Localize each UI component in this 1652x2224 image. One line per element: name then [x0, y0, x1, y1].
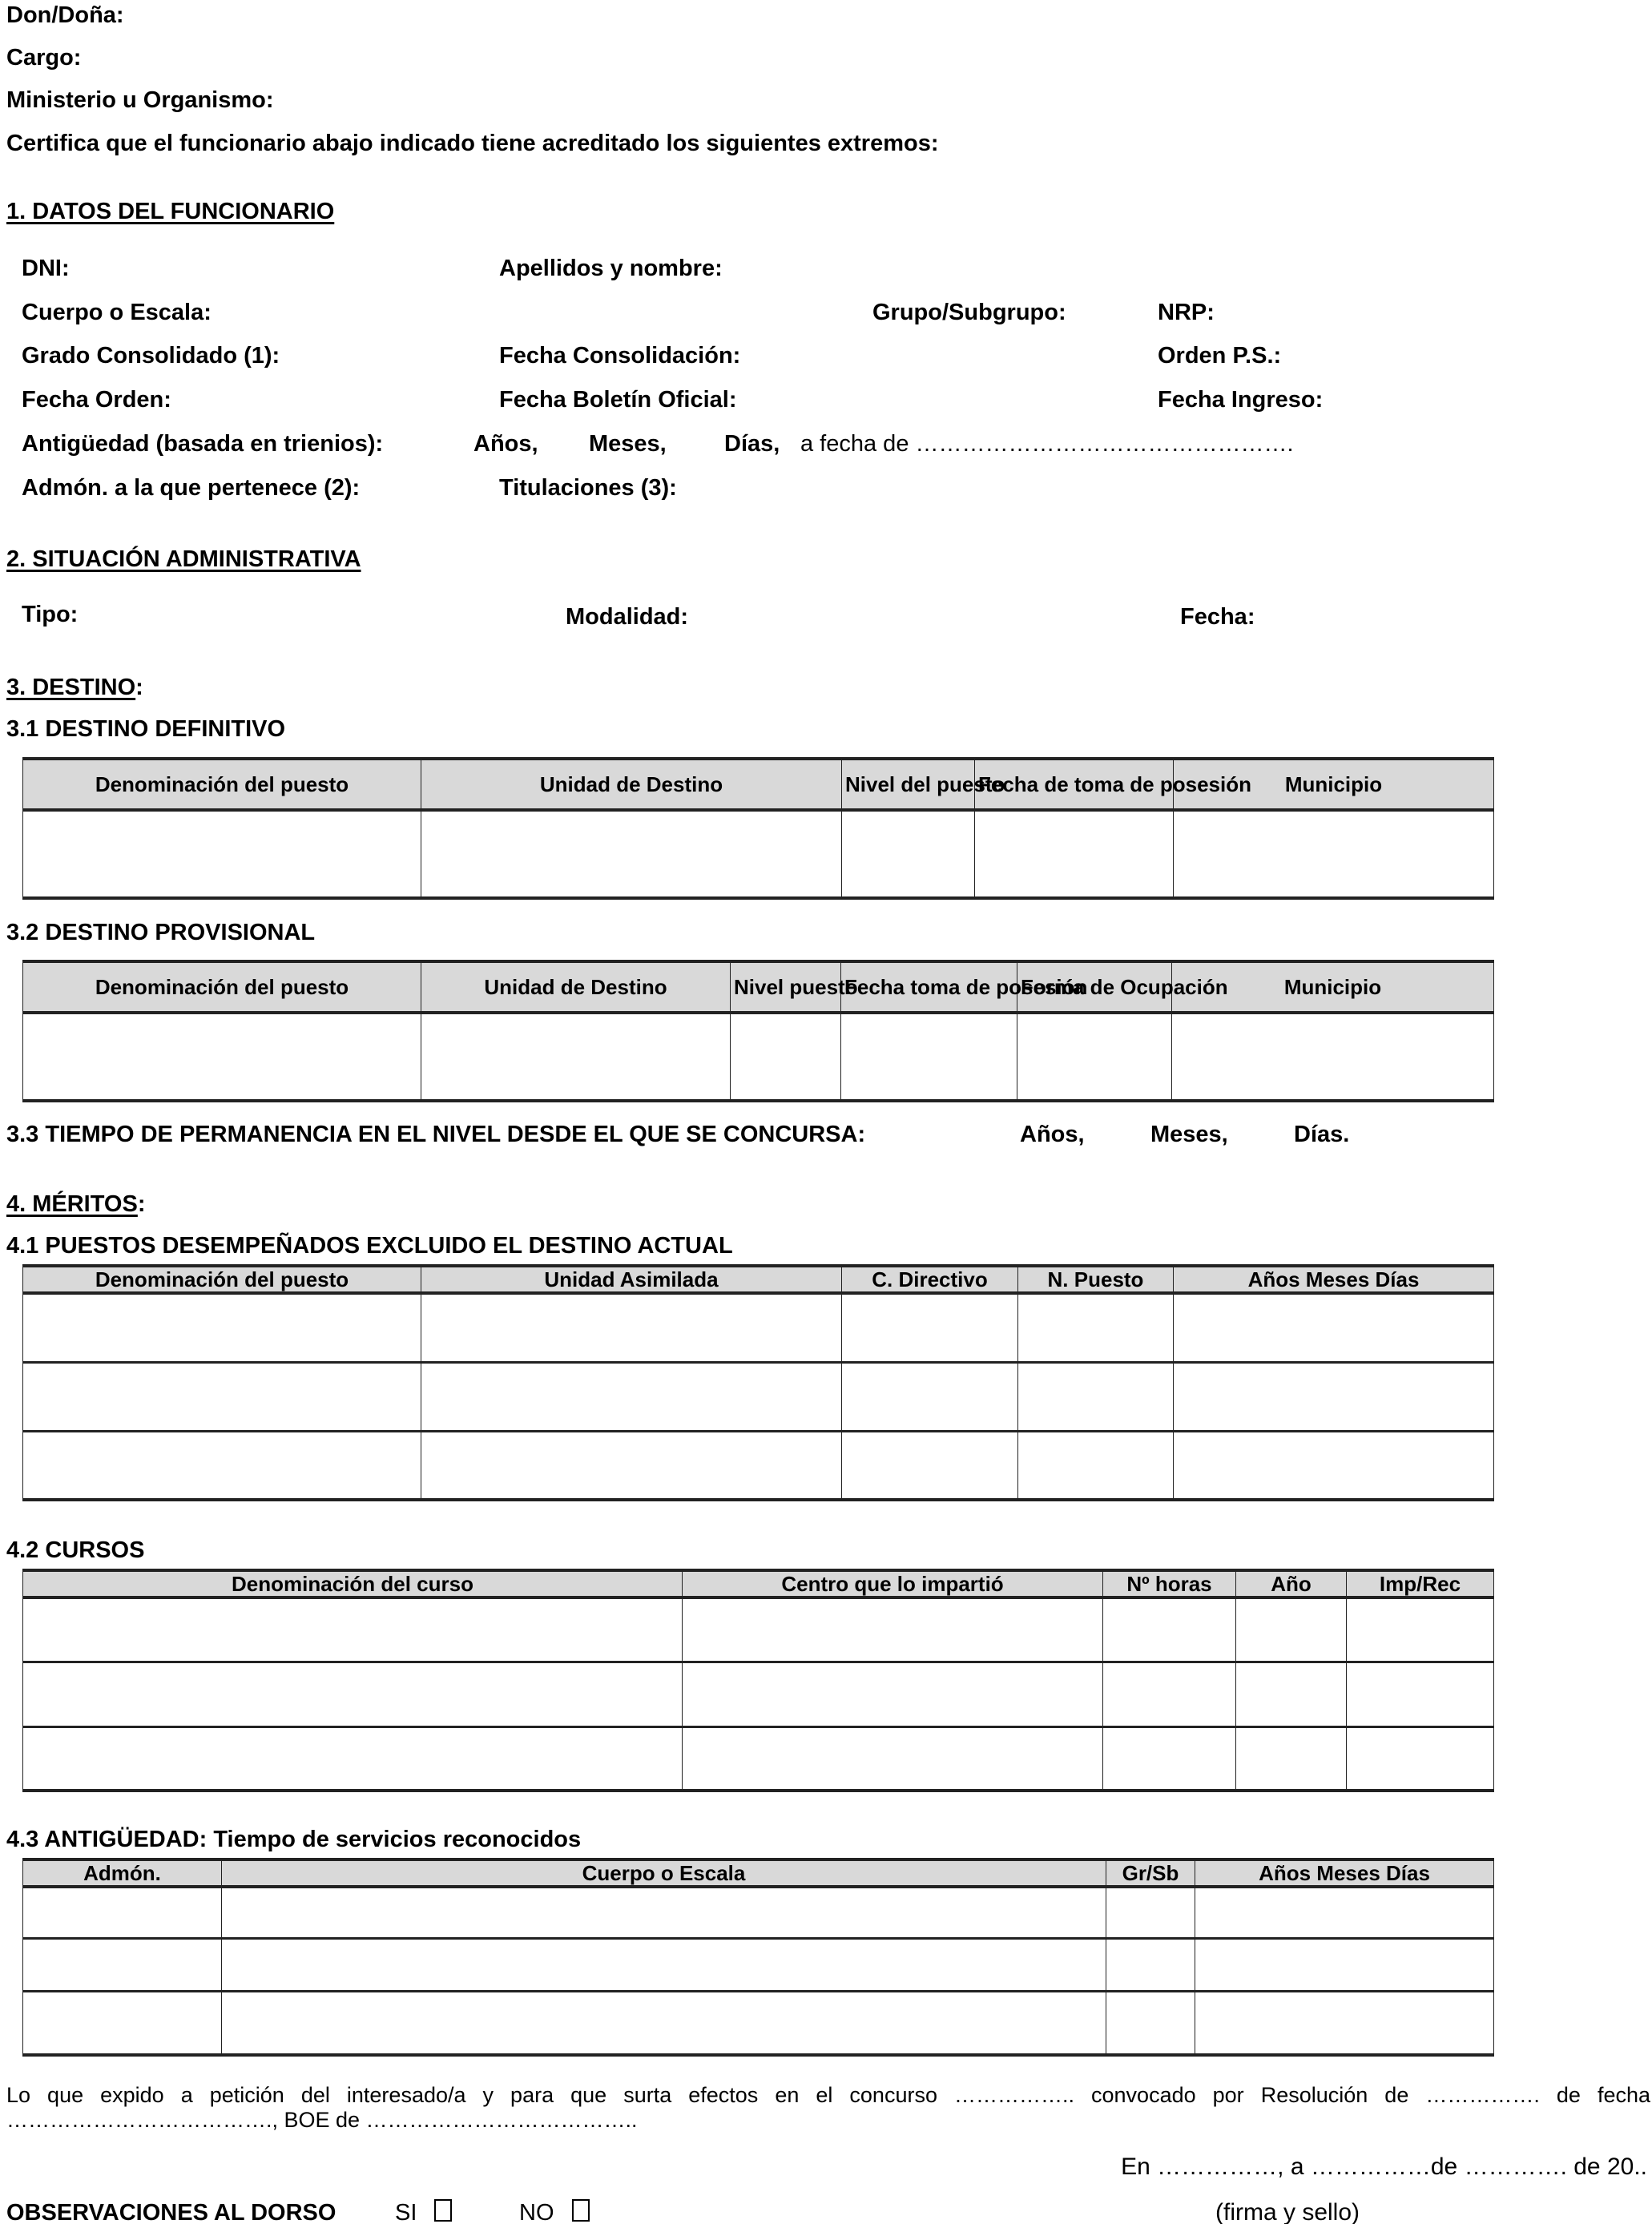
- cell-nivel[interactable]: [731, 1013, 841, 1101]
- section43-title: 4.3 ANTIGÜEDAD: Tiempo de servicios reco…: [6, 1826, 581, 1853]
- table-row: [23, 1013, 1494, 1101]
- cell[interactable]: [1174, 1293, 1494, 1362]
- table-row: [23, 1431, 1494, 1500]
- section3-colon: :: [135, 675, 143, 700]
- table-row: [23, 1938, 1494, 1991]
- no-checkbox[interactable]: [572, 2199, 590, 2222]
- header-denominacion: Denominación del puesto: [23, 759, 421, 810]
- header-fecha-toma: Fecha de toma de posesión: [975, 759, 1174, 810]
- titulaciones-label: Titulaciones (3):: [499, 474, 677, 502]
- puestos-desempenados-table: Denominación del puesto Unidad Asimilada…: [22, 1264, 1494, 1501]
- no-label: NO: [519, 2200, 554, 2224]
- certification-paragraph: Lo que expido a petición del interesado/…: [6, 2083, 1650, 2133]
- observaciones-si-option[interactable]: SI: [395, 2199, 452, 2224]
- cell[interactable]: [1236, 1597, 1347, 1662]
- fecha-orden-label: Fecha Orden:: [22, 386, 171, 413]
- cell[interactable]: [683, 1597, 1103, 1662]
- antiguedad-table: Admón. Cuerpo o Escala Gr/Sb Años Meses …: [22, 1858, 1494, 2057]
- cell[interactable]: [842, 1362, 1018, 1431]
- grupo-label: Grupo/Subgrupo:: [872, 299, 1066, 326]
- cell-municipio[interactable]: [1172, 1013, 1494, 1101]
- signature-label: (firma y sello): [1215, 2199, 1360, 2224]
- cell[interactable]: [23, 1887, 222, 1938]
- header-denominacion-curso: Denominación del curso: [23, 1570, 683, 1597]
- table-row: [23, 1991, 1494, 2055]
- observaciones-no-option[interactable]: NO: [519, 2199, 590, 2224]
- permanencia-anos: Años,: [1020, 1121, 1085, 1148]
- cell[interactable]: [222, 1938, 1106, 1991]
- section3-title-text: 3. DESTINO: [6, 675, 135, 700]
- cell[interactable]: [1347, 1597, 1494, 1662]
- table-row: [23, 1726, 1494, 1791]
- grado-label: Grado Consolidado (1):: [22, 342, 280, 369]
- table-row: [23, 1362, 1494, 1431]
- table-row: [23, 1887, 1494, 1938]
- cell[interactable]: [1103, 1726, 1236, 1791]
- cell[interactable]: [1195, 1991, 1494, 2055]
- don-dona-label: Don/Doña:: [6, 2, 124, 29]
- antiguedad-meses: Meses,: [589, 430, 667, 457]
- observaciones-label: OBSERVACIONES AL DORSO: [6, 2199, 336, 2224]
- section4-title-text: 4. MÉRITOS: [6, 1191, 138, 1217]
- cell[interactable]: [222, 1991, 1106, 2055]
- section31-title: 3.1 DESTINO DEFINITIVO: [6, 715, 285, 743]
- cell[interactable]: [1174, 1362, 1494, 1431]
- cell[interactable]: [23, 1938, 222, 1991]
- header-nivel: Nivel puesto: [731, 961, 841, 1013]
- header-imp-rec: Imp/Rec: [1347, 1570, 1494, 1597]
- header-unidad: Unidad de Destino: [421, 759, 842, 810]
- table-row: [23, 1597, 1494, 1662]
- table-row: [23, 810, 1494, 898]
- header-cuerpo-escala: Cuerpo o Escala: [222, 1859, 1106, 1887]
- section3-title: 3. DESTINO:: [6, 674, 143, 701]
- permanencia-meses: Meses,: [1150, 1121, 1228, 1148]
- destino-definitivo-table: Denominación del puesto Unidad de Destin…: [22, 757, 1494, 900]
- tipo-label: Tipo:: [22, 601, 78, 628]
- header-forma-ocupacion: Forma de Ocupación: [1017, 961, 1172, 1013]
- cell[interactable]: [421, 1362, 842, 1431]
- header-c-directivo: C. Directivo: [842, 1266, 1018, 1293]
- antiguedad-a-fecha: a fecha de ………………………………………….: [800, 430, 1294, 457]
- header-unidad: Unidad de Destino: [421, 961, 731, 1013]
- fecha-boletin-label: Fecha Boletín Oficial:: [499, 386, 737, 413]
- date-line: En ……………, a ……………de …………. de 20..: [1121, 2153, 1647, 2181]
- si-checkbox[interactable]: [434, 2199, 452, 2222]
- header-denominacion: Denominación del puesto: [23, 961, 421, 1013]
- header-ano: Año: [1236, 1570, 1347, 1597]
- header-denominacion: Denominación del puesto: [23, 1266, 421, 1293]
- header-horas: Nº horas: [1103, 1570, 1236, 1597]
- cell[interactable]: [1106, 1938, 1195, 1991]
- section33-title: 3.3 TIEMPO DE PERMANENCIA EN EL NIVEL DE…: [6, 1121, 865, 1148]
- cell[interactable]: [1195, 1938, 1494, 1991]
- cell[interactable]: [842, 1431, 1018, 1500]
- si-label: SI: [395, 2200, 417, 2224]
- cargo-label: Cargo:: [6, 44, 81, 71]
- header-gr-sb: Gr/Sb: [1106, 1859, 1195, 1887]
- admon-label: Admón. a la que pertenece (2):: [22, 474, 360, 502]
- cell[interactable]: [1236, 1726, 1347, 1791]
- section4-title: 4. MÉRITOS:: [6, 1191, 146, 1218]
- header-n-puesto: N. Puesto: [1018, 1266, 1174, 1293]
- antiguedad-dias: Días,: [724, 430, 780, 457]
- apellidos-label: Apellidos y nombre:: [499, 255, 723, 282]
- certifica-text: Certifica que el funcionario abajo indic…: [6, 130, 939, 157]
- permanencia-dias: Días.: [1294, 1121, 1349, 1148]
- cell[interactable]: [23, 1431, 421, 1500]
- antiguedad-anos: Años,: [473, 430, 538, 457]
- cell[interactable]: [683, 1726, 1103, 1791]
- header-admon: Admón.: [23, 1859, 222, 1887]
- cell[interactable]: [1174, 1431, 1494, 1500]
- cell[interactable]: [1106, 1887, 1195, 1938]
- fecha-consolidacion-label: Fecha Consolidación:: [499, 342, 740, 369]
- cell[interactable]: [1103, 1597, 1236, 1662]
- cell[interactable]: [23, 1991, 222, 2055]
- header-centro: Centro que lo impartió: [683, 1570, 1103, 1597]
- cell[interactable]: [842, 1293, 1018, 1362]
- cell[interactable]: [1103, 1662, 1236, 1726]
- cell[interactable]: [23, 1726, 683, 1791]
- header-fecha-toma: Fecha toma de posesión: [841, 961, 1017, 1013]
- cell[interactable]: [23, 1362, 421, 1431]
- cell-unidad[interactable]: [421, 810, 842, 898]
- table-row: [23, 1293, 1494, 1362]
- fecha-situacion-label: Fecha:: [1180, 603, 1255, 631]
- cell[interactable]: [1018, 1293, 1174, 1362]
- cell[interactable]: [222, 1887, 1106, 1938]
- header-anos-meses-dias: Años Meses Días: [1195, 1859, 1494, 1887]
- cell-fecha-toma[interactable]: [841, 1013, 1017, 1101]
- dni-label: DNI:: [22, 255, 70, 282]
- cell[interactable]: [23, 1293, 421, 1362]
- fecha-ingreso-label: Fecha Ingreso:: [1158, 386, 1323, 413]
- cell[interactable]: [421, 1431, 842, 1500]
- cell-municipio[interactable]: [1174, 810, 1494, 898]
- cell-denominacion[interactable]: [23, 810, 421, 898]
- section32-title: 3.2 DESTINO PROVISIONAL: [6, 919, 315, 946]
- ministerio-label: Ministerio u Organismo:: [6, 87, 274, 114]
- cell[interactable]: [1347, 1662, 1494, 1726]
- cell-fecha-toma[interactable]: [975, 810, 1174, 898]
- cell[interactable]: [1018, 1362, 1174, 1431]
- header-unidad-asimilada: Unidad Asimilada: [421, 1266, 842, 1293]
- cell-unidad[interactable]: [421, 1013, 731, 1101]
- section41-title: 4.1 PUESTOS DESEMPEÑADOS EXCLUIDO EL DES…: [6, 1232, 733, 1259]
- cell-forma-ocupacion[interactable]: [1017, 1013, 1172, 1101]
- section2-title: 2. SITUACIÓN ADMINISTRATIVA: [6, 546, 361, 573]
- cell[interactable]: [1018, 1431, 1174, 1500]
- cell[interactable]: [1195, 1887, 1494, 1938]
- table-row: [23, 1662, 1494, 1726]
- nrp-label: NRP:: [1158, 299, 1215, 326]
- cell[interactable]: [1236, 1662, 1347, 1726]
- modalidad-label: Modalidad:: [566, 603, 688, 631]
- orden-ps-label: Orden P.S.:: [1158, 342, 1281, 369]
- cell-denominacion[interactable]: [23, 1013, 421, 1101]
- section4-colon: :: [138, 1191, 146, 1217]
- cell[interactable]: [1347, 1726, 1494, 1791]
- destino-provisional-table: Denominación del puesto Unidad de Destin…: [22, 960, 1494, 1102]
- cell[interactable]: [683, 1662, 1103, 1726]
- cuerpo-label: Cuerpo o Escala:: [22, 299, 212, 326]
- cell[interactable]: [23, 1662, 683, 1726]
- header-nivel: Nivel del puesto: [842, 759, 975, 810]
- cell[interactable]: [421, 1293, 842, 1362]
- section42-title: 4.2 CURSOS: [6, 1537, 144, 1564]
- header-anos-meses-dias: Años Meses Días: [1174, 1266, 1494, 1293]
- cell[interactable]: [1106, 1991, 1195, 2055]
- cell[interactable]: [23, 1597, 683, 1662]
- section1-title: 1. DATOS DEL FUNCIONARIO: [6, 198, 334, 225]
- cell-nivel[interactable]: [842, 810, 975, 898]
- antiguedad-label: Antigüedad (basada en trienios):: [22, 430, 383, 457]
- cursos-table: Denominación del curso Centro que lo imp…: [22, 1569, 1494, 1792]
